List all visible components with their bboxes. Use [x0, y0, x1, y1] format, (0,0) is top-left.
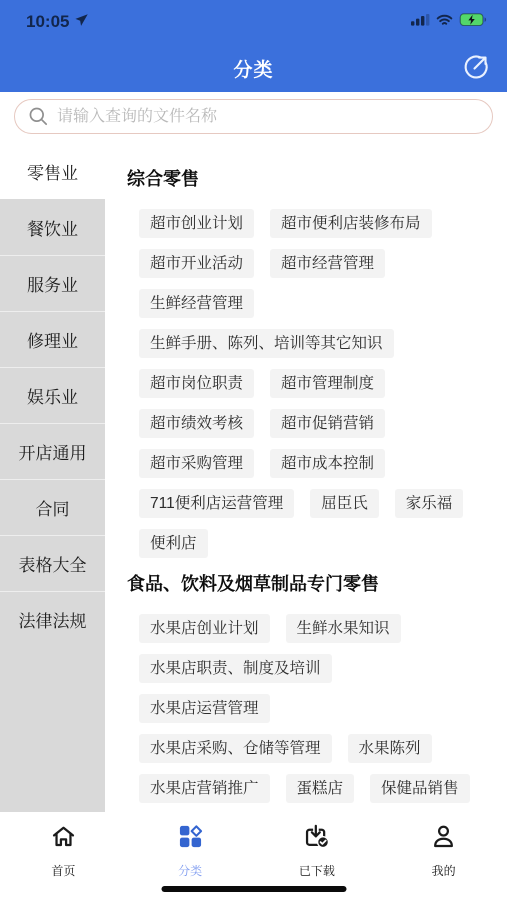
share-icon[interactable]	[459, 51, 493, 85]
category-tag[interactable]: 超市开业活动	[139, 249, 254, 278]
category-tag[interactable]: 生鲜水果知识	[286, 614, 401, 643]
sidebar-item-2[interactable]: 餐饮业	[0, 199, 105, 255]
category-tag[interactable]: 水果店运营管理	[139, 694, 270, 723]
category-tag[interactable]: 超市便利店装修布局	[270, 209, 432, 238]
tag-row: 超市创业计划超市便利店装修布局	[127, 209, 497, 238]
page-title: 分类	[233, 55, 273, 82]
tag-row: 超市开业活动超市经营管理	[127, 249, 497, 278]
tag-row: 超市采购管理超市成本控制	[127, 449, 497, 478]
category-tag[interactable]: 超市成本控制	[270, 449, 385, 478]
category-tag[interactable]: 保健品销售	[370, 774, 470, 803]
tag-row: 711便利店运营管理屈臣氏家乐福	[127, 489, 497, 518]
sidebar-item-6[interactable]: 开店通用	[0, 423, 105, 479]
sidebar-item-8[interactable]: 表格大全	[0, 535, 105, 591]
tag-row: 便利店	[127, 529, 497, 558]
sidebar-item-label: 法律法规	[19, 607, 87, 632]
app-window: 10:05	[0, 0, 507, 900]
search-input[interactable]	[14, 99, 493, 134]
category-tag[interactable]: 水果陈列	[348, 734, 432, 763]
category-tag[interactable]: 超市促销营销	[270, 409, 385, 438]
wifi-icon	[436, 13, 453, 31]
sidebar-item-label: 合同	[36, 495, 70, 520]
tab-profile[interactable]: 我的	[380, 812, 507, 900]
category-tag[interactable]: 生鲜经营管理	[139, 289, 254, 318]
tab-home[interactable]: 首页	[0, 812, 127, 900]
tag-row: 水果店职责、制度及培训	[127, 654, 497, 683]
category-tag[interactable]: 蛋糕店	[286, 774, 355, 803]
tab-label: 分类	[178, 862, 202, 879]
tab-label: 首页	[51, 862, 75, 879]
location-arrow-icon	[74, 12, 90, 33]
status-right	[411, 13, 487, 32]
category-tag[interactable]: 超市管理制度	[270, 369, 385, 398]
status-left: 10:05	[26, 12, 90, 33]
app-header: 10:05	[0, 0, 507, 92]
category-tag[interactable]: 超市采购管理	[139, 449, 254, 478]
search-bar-container	[0, 92, 507, 143]
sidebar-item-1[interactable]: 零售业	[0, 143, 105, 199]
nav-bar: 分类	[0, 44, 507, 92]
tag-row: 水果店创业计划生鲜水果知识	[127, 614, 497, 643]
section-title: 食品、饮料及烟草制品专门零售	[127, 570, 497, 596]
category-tag[interactable]: 水果店营销推广	[139, 774, 270, 803]
home-indicator[interactable]	[161, 886, 346, 892]
status-time: 10:05	[26, 12, 69, 32]
status-bar: 10:05	[0, 0, 507, 44]
sidebar-item-3[interactable]: 服务业	[0, 255, 105, 311]
tag-row: 生鲜经营管理	[127, 289, 497, 318]
sidebar-item-label: 服务业	[27, 271, 78, 296]
category-tag[interactable]: 超市绩效考核	[139, 409, 254, 438]
category-tag[interactable]: 超市岗位职责	[139, 369, 254, 398]
category-tag[interactable]: 生鲜手册、陈列、培训等其它知识	[139, 329, 394, 358]
category-tag[interactable]: 超市经营管理	[270, 249, 385, 278]
tag-row: 超市绩效考核超市促销营销	[127, 409, 497, 438]
category-sidebar: 零售业餐饮业服务业修理业娱乐业开店通用合同表格大全法律法规	[0, 143, 105, 897]
cellular-signal-icon	[411, 13, 430, 31]
category-tag[interactable]: 便利店	[139, 529, 208, 558]
tag-row: 水果店营销推广蛋糕店保健品销售	[127, 774, 497, 803]
sidebar-item-7[interactable]: 合同	[0, 479, 105, 535]
main-area: 零售业餐饮业服务业修理业娱乐业开店通用合同表格大全法律法规 综合零售超市创业计划…	[0, 143, 507, 897]
tag-row: 生鲜手册、陈列、培训等其它知识	[127, 329, 497, 358]
battery-charging-icon	[459, 13, 487, 32]
category-grid-icon	[177, 823, 204, 855]
sidebar-item-9[interactable]: 法律法规	[0, 591, 105, 647]
sidebar-item-label: 餐饮业	[27, 215, 78, 240]
search-icon	[27, 105, 50, 133]
sidebar-item-label: 娱乐业	[27, 383, 78, 408]
sidebar-item-4[interactable]: 修理业	[0, 311, 105, 367]
category-tag[interactable]: 水果店职责、制度及培训	[139, 654, 332, 683]
download-check-icon	[303, 823, 330, 855]
category-tag[interactable]: 超市创业计划	[139, 209, 254, 238]
tab-label: 我的	[432, 862, 456, 879]
sidebar-item-5[interactable]: 娱乐业	[0, 367, 105, 423]
sidebar-item-label: 零售业	[27, 159, 78, 184]
sidebar-item-label: 开店通用	[19, 439, 87, 464]
category-content: 综合零售超市创业计划超市便利店装修布局超市开业活动超市经营管理生鲜经营管理生鲜手…	[105, 143, 507, 897]
search-pill	[14, 99, 493, 134]
section-title: 综合零售	[127, 165, 497, 191]
tag-row: 超市岗位职责超市管理制度	[127, 369, 497, 398]
sidebar-item-label: 表格大全	[19, 551, 87, 576]
category-tag[interactable]: 水果店创业计划	[139, 614, 270, 643]
user-icon	[430, 823, 457, 855]
tab-label: 已下载	[299, 862, 335, 879]
tag-row: 水果店采购、仓储等管理水果陈列	[127, 734, 497, 763]
category-tag[interactable]: 屈臣氏	[310, 489, 379, 518]
category-tag[interactable]: 家乐福	[395, 489, 464, 518]
category-tag[interactable]: 水果店采购、仓储等管理	[139, 734, 332, 763]
tag-row: 水果店运营管理	[127, 694, 497, 723]
home-icon	[50, 823, 77, 855]
category-tag[interactable]: 711便利店运营管理	[139, 489, 294, 518]
sidebar-item-label: 修理业	[27, 327, 78, 352]
